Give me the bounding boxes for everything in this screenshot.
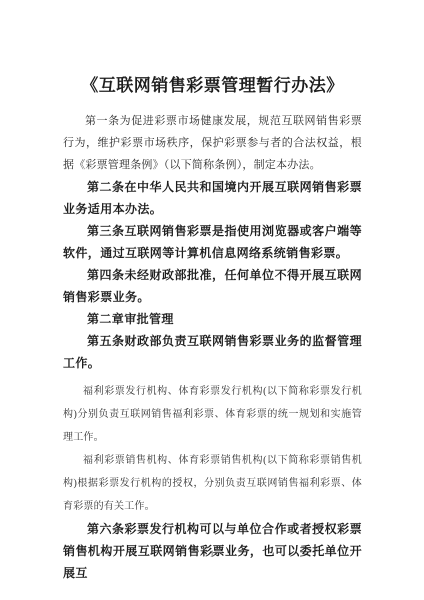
- document-title: 《互联网销售彩票管理暂行办法》: [63, 76, 362, 96]
- document-page: 《互联网销售彩票管理暂行办法》 第一条为促进彩票市场健康发展，规范互联网销售彩票…: [0, 0, 424, 600]
- paragraph-sales-agencies: 福利彩票销售机构、体育彩票销售机构(以下简称彩票销售机构)根据彩票发行机构的授权…: [63, 449, 362, 518]
- paragraph-article-2: 第二条在中华人民共和国境内开展互联网销售彩票业务适用本办法。: [63, 176, 362, 220]
- chapter-2-heading: 第二章审批管理: [63, 308, 362, 330]
- paragraph-article-1: 第一条为促进彩票市场健康发展，规范互联网销售彩票行为，维护彩票市场秩序，保护彩票…: [63, 110, 362, 176]
- paragraph-article-5: 第五条财政部负责互联网销售彩票业务的监督管理工作。: [63, 330, 362, 374]
- page-number: 1: [0, 549, 424, 559]
- paragraph-issuing-agencies: 福利彩票发行机构、体育彩票发行机构(以下简称彩票发行机构)分别负责互联网销售福利…: [63, 380, 362, 449]
- paragraph-article-3: 第三条互联网销售彩票是指使用浏览器或客户端等软件，通过互联网等计算机信息网络系统…: [63, 220, 362, 264]
- paragraph-article-4: 第四条未经财政部批准，任何单位不得开展互联网销售彩票业务。: [63, 264, 362, 308]
